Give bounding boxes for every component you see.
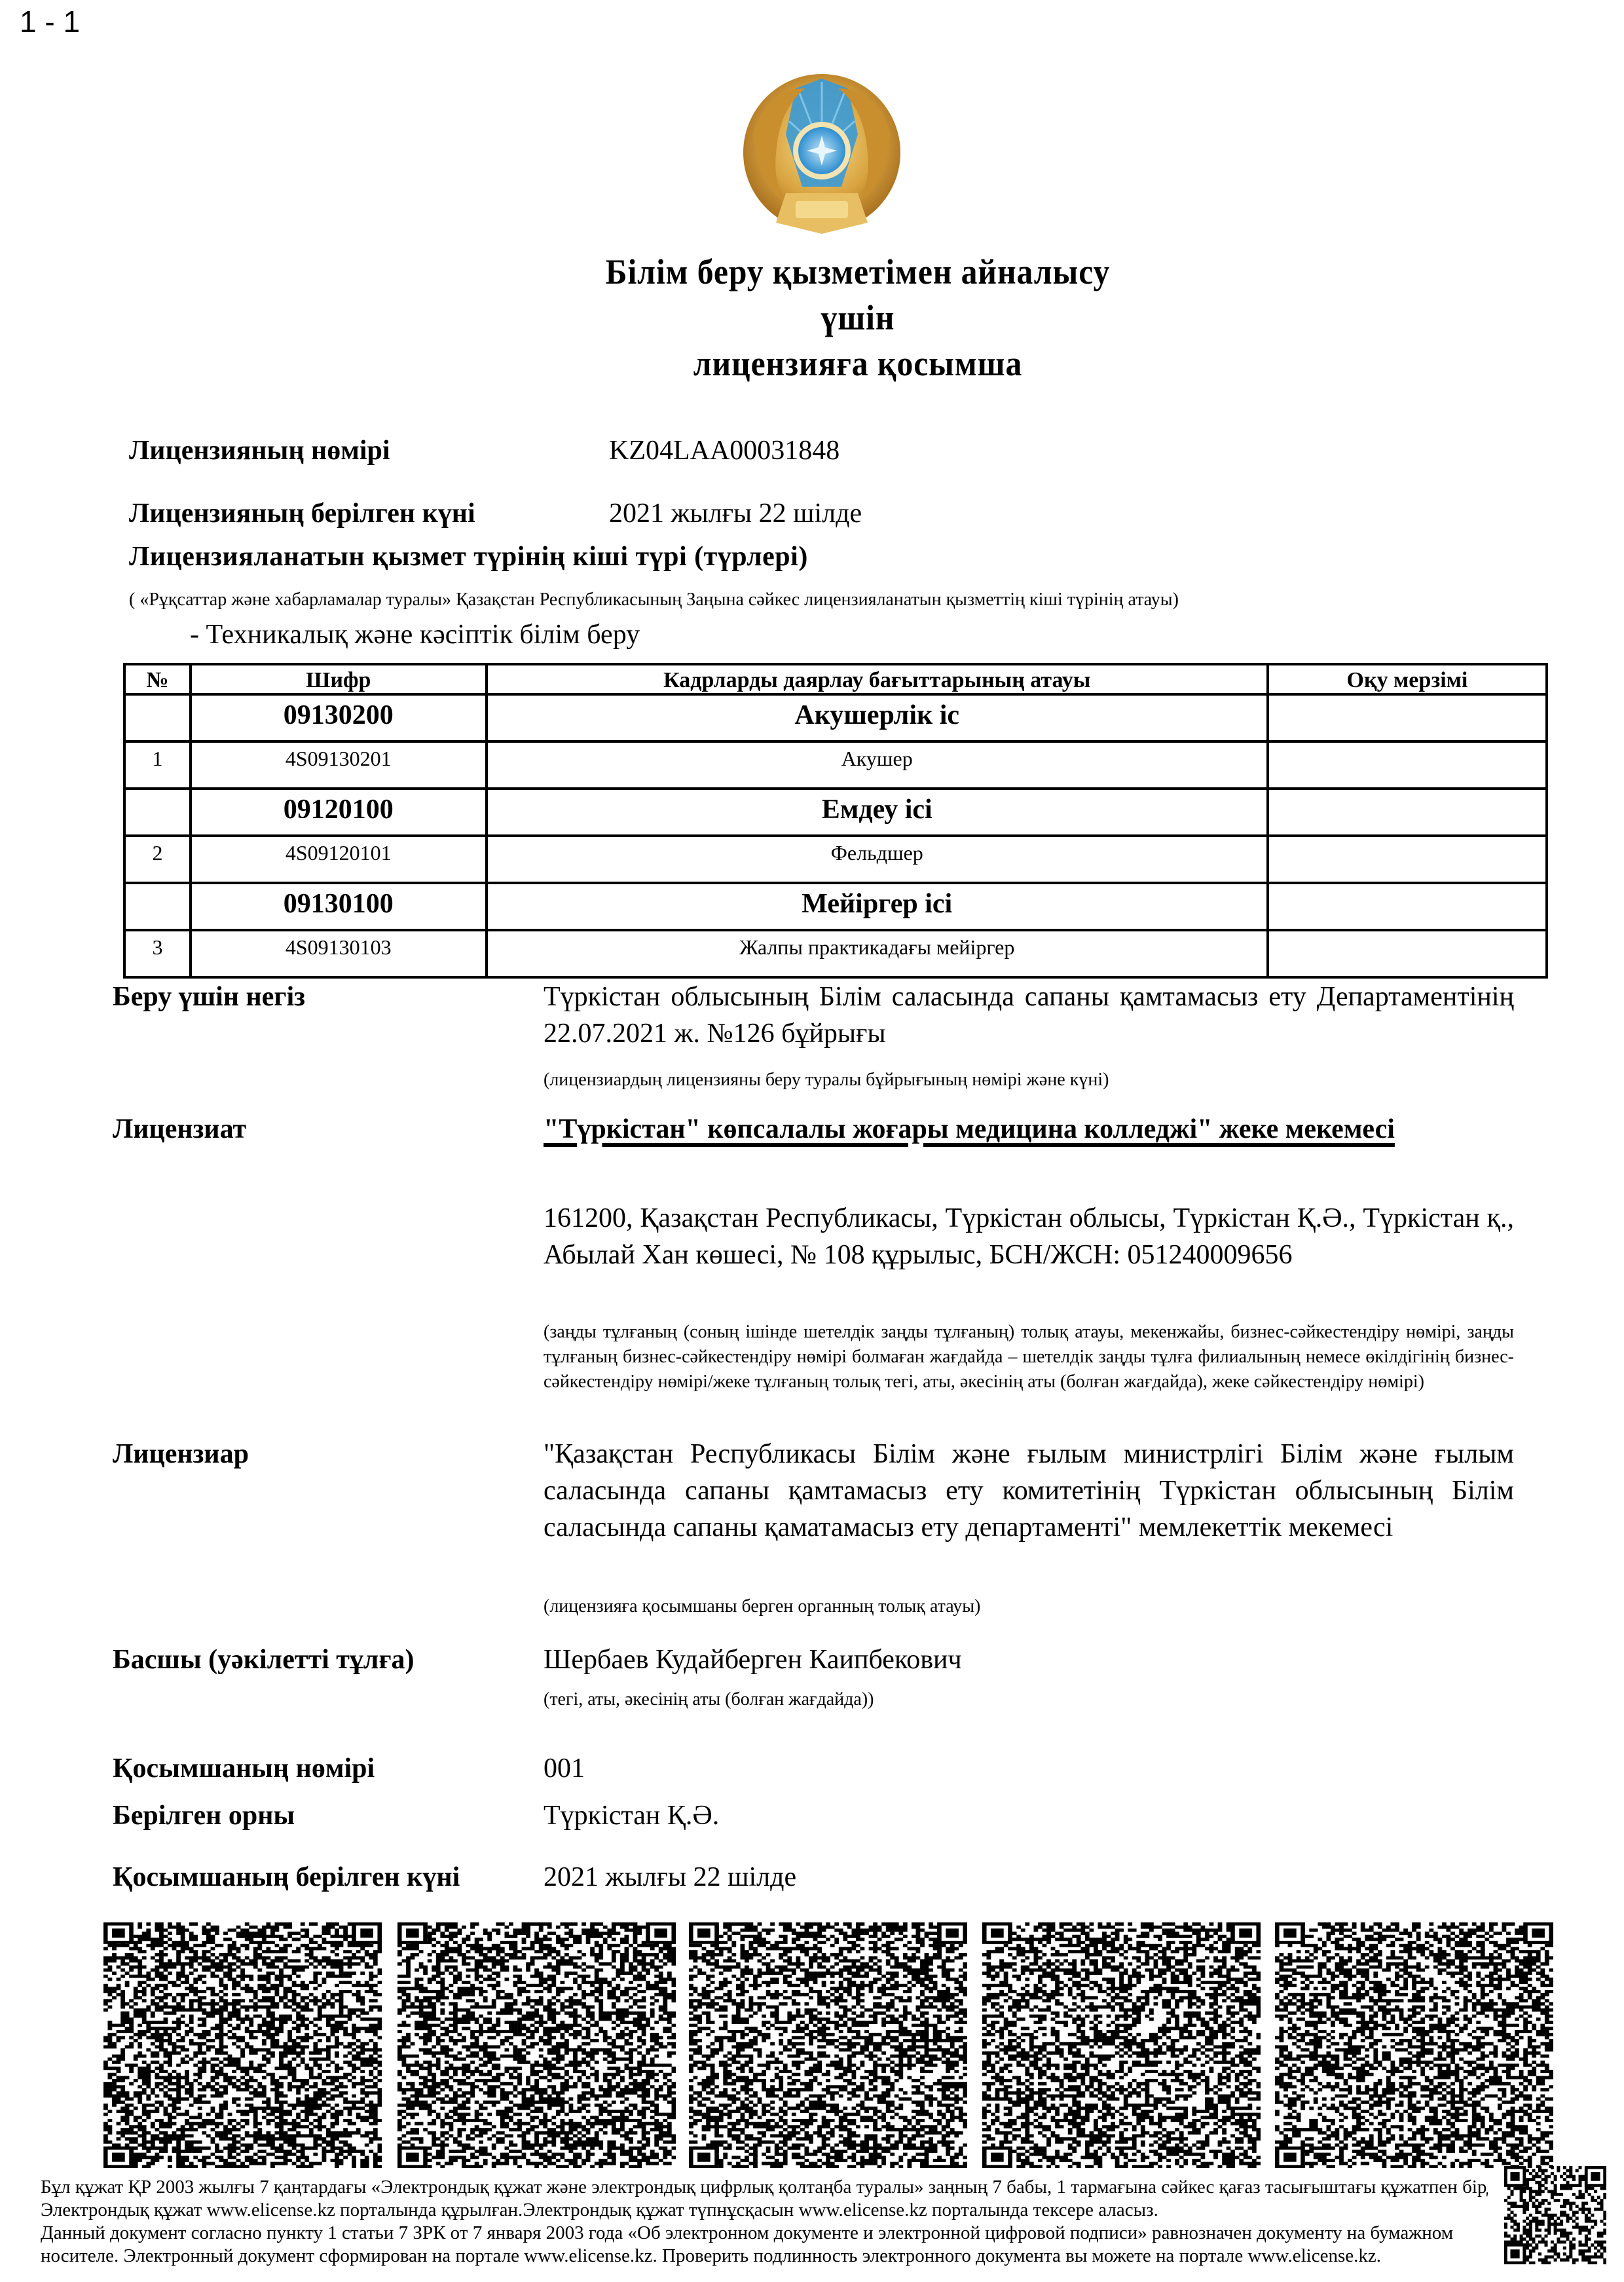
table-row-group: 09130100 Мейіргер ісі [124, 883, 1547, 930]
basis-value: Түркістан облысының Білім саласында сапа… [544, 979, 1514, 1052]
footer-line-4: носителе. Электронный документ сформиров… [41, 2245, 1488, 2268]
head-value: Шербаев Кудайберген Каипбекович [544, 1641, 1514, 1678]
head-label: Басшы (уәкілетті тұлға) [113, 1644, 415, 1675]
licensor-value: "Қазақстан Республикасы Білім және ғылым… [544, 1436, 1514, 1546]
activity-subtype-note: ( «Рұқсаттар және хабарламалар туралы» Қ… [129, 589, 1179, 610]
appendix-number-value: 001 [544, 1750, 1514, 1787]
cell-name: Фельдшер [487, 836, 1268, 883]
qr-code-3 [689, 1922, 967, 2168]
table-row-group: 09130200 Акушерлік іс [124, 694, 1547, 741]
footer-line-2: Электрондық құжат www.elicense.kz портал… [41, 2199, 1488, 2222]
license-date-value: 2021 жылғы 22 шілде [609, 498, 862, 529]
table-row: 2 4S09120101 Фельдшер [124, 836, 1547, 883]
footer-line-3: Данный документ согласно пункту 1 статьи… [41, 2222, 1488, 2245]
title-line-3: лицензияға қосымша [526, 341, 1189, 386]
footer-line-1: Бұл құжат ҚР 2003 жылғы 7 қаңтардағы «Эл… [41, 2176, 1488, 2199]
table-row: 1 4S09130201 Акушер [124, 741, 1547, 789]
activity-subtype-title: Лицензияланатын қызмет түрінің кіші түрі… [129, 541, 808, 572]
appendix-date-value: 2021 жылғы 22 шілде [544, 1859, 1514, 1896]
qr-code-4 [982, 1922, 1261, 2168]
title-line-1: Білім беру қызметімен айналысу [526, 249, 1189, 295]
license-number-value: KZ04LAA00031848 [609, 435, 840, 466]
appendix-date-label: Қосымшаның берілген күні [113, 1861, 460, 1893]
licensor-note: (лицензияға қосымшаны берген органның то… [544, 1594, 1514, 1619]
cell-term [1268, 930, 1547, 977]
license-number-label: Лицензияның нөмірі [129, 435, 390, 466]
header-name: Кадрларды даярлау бағыттарының атауы [487, 664, 1268, 694]
table-header-row: № Шифр Кадрларды даярлау бағыттарының ат… [124, 664, 1547, 694]
basis-note: (лицензиардың лицензияны беру туралы бұй… [544, 1068, 1514, 1093]
licensee-note: (заңды тұлғаның (соның ішінде шетелдік з… [544, 1320, 1514, 1394]
qr-code-1 [103, 1922, 382, 2168]
licensee-label: Лицензиат [113, 1113, 246, 1145]
title-line-2: үшін [526, 295, 1189, 341]
document-title: Білім беру қызметімен айналысу үшін лице… [526, 249, 1189, 386]
cell-term [1268, 694, 1547, 741]
cell-term [1268, 883, 1547, 930]
cell-term [1268, 789, 1547, 836]
qr-code-5 [1275, 1922, 1553, 2168]
cell-number [124, 883, 191, 930]
cell-code: 09120100 [191, 789, 487, 836]
cell-code: 09130200 [191, 694, 487, 741]
cell-code: 09130100 [191, 883, 487, 930]
header-number: № [124, 664, 191, 694]
licensor-label: Лицензиар [113, 1438, 249, 1470]
cell-number: 3 [124, 930, 191, 977]
programs-table: № Шифр Кадрларды даярлау бағыттарының ат… [123, 663, 1548, 979]
page-counter: 1 - 1 [20, 4, 80, 39]
qr-code-2 [397, 1922, 676, 2168]
header-code: Шифр [191, 664, 487, 694]
cell-term [1268, 836, 1547, 883]
basis-label: Беру үшін негіз [113, 981, 305, 1013]
cell-code: 4S09130201 [191, 741, 487, 789]
issue-place-label: Берілген орны [113, 1800, 295, 1831]
table-row-group: 09120100 Емдеу ісі [124, 789, 1547, 836]
appendix-number-label: Қосымшаның нөмірі [113, 1753, 375, 1784]
footer-disclaimer: Бұл құжат ҚР 2003 жылғы 7 қаңтардағы «Эл… [41, 2176, 1488, 2268]
licensee-name: "Түркістан" көпсалалы жоғары медицина ко… [544, 1111, 1514, 1148]
issue-place-value: Түркістан Қ.Ә. [544, 1797, 1514, 1834]
header-term: Оқу мерзімі [1268, 664, 1547, 694]
cell-term [1268, 741, 1547, 789]
cell-name: Жалпы практикадағы мейіргер [487, 930, 1268, 977]
cell-number [124, 694, 191, 741]
table-row: 3 4S09130103 Жалпы практикадағы мейіргер [124, 930, 1547, 977]
cell-code: 4S09120101 [191, 836, 487, 883]
cell-name: Акушер [487, 741, 1268, 789]
head-note: (тегі, аты, әкесінің аты (болған жағдайд… [544, 1687, 1514, 1712]
cell-name: Емдеу ісі [487, 789, 1268, 836]
cell-code: 4S09130103 [191, 930, 487, 977]
cell-name: Акушерлік іс [487, 694, 1268, 741]
cell-name: Мейіргер ісі [487, 883, 1268, 930]
licensee-address: 161200, Қазақстан Республикасы, Түркіста… [544, 1200, 1514, 1273]
state-emblem-icon [727, 62, 917, 252]
activity-subtype-item: - Техникалық және кәсіптік білім беру [190, 619, 640, 650]
cell-number: 1 [124, 741, 191, 789]
qr-code-small [1504, 2166, 1606, 2264]
cell-number [124, 789, 191, 836]
cell-number: 2 [124, 836, 191, 883]
license-date-label: Лицензияның берілген күні [129, 498, 475, 529]
